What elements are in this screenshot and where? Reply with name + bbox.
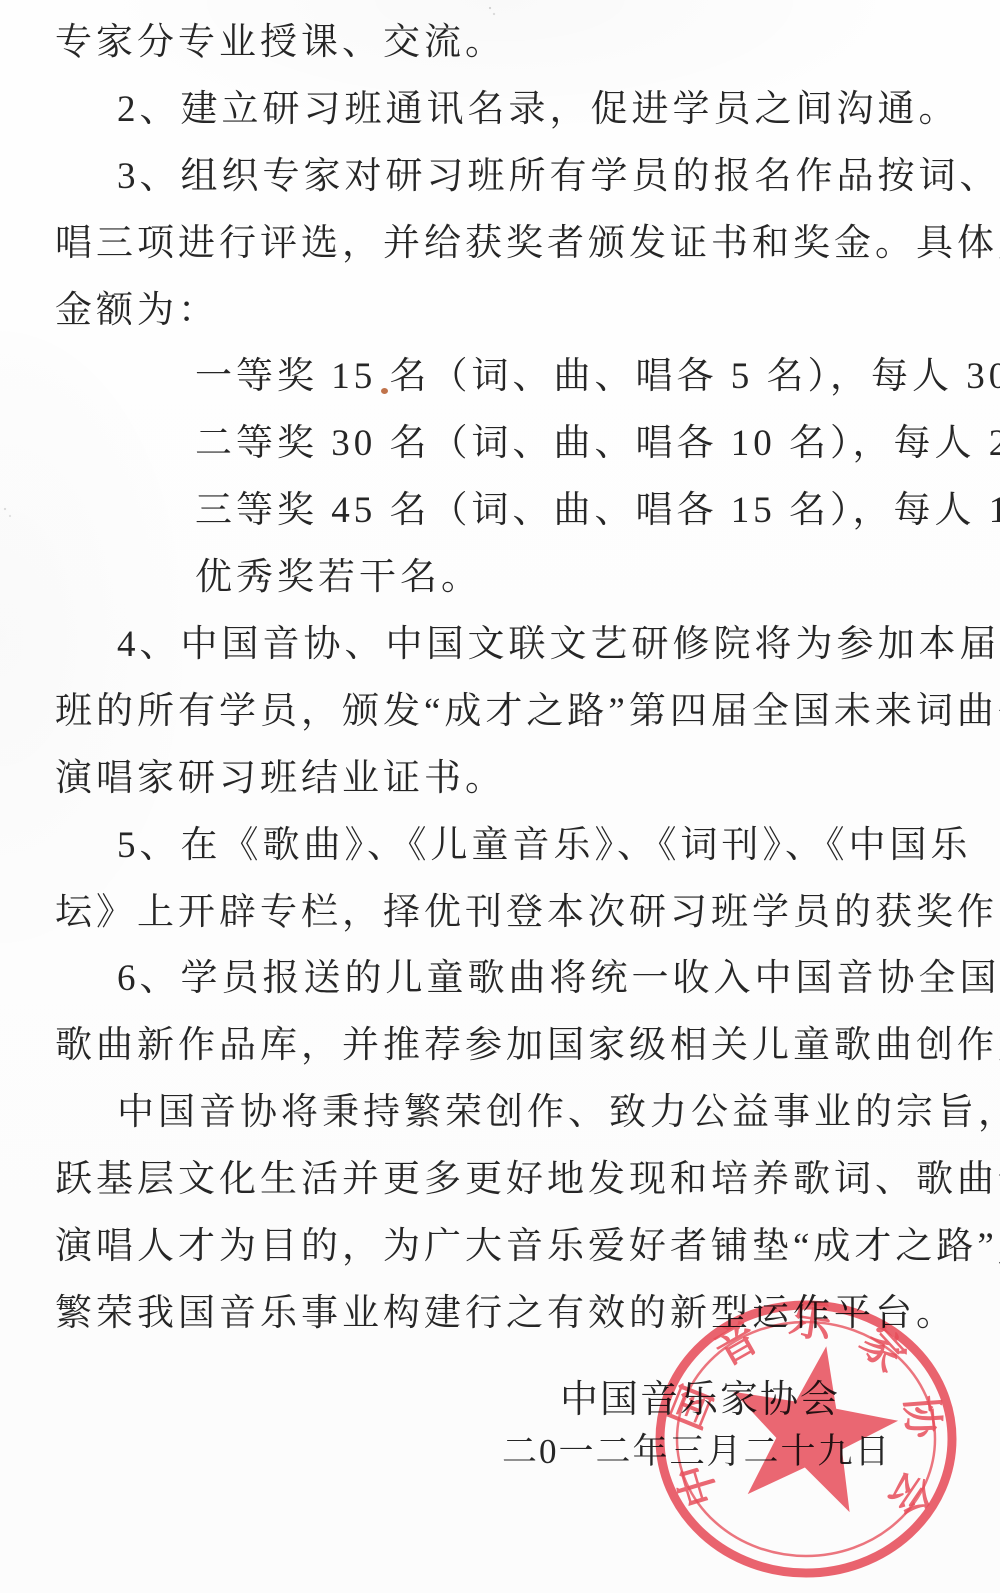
scan-artifact-speck — [2, 506, 14, 520]
document-line: 歌曲新作品库，并推荐参加国家级相关儿童歌曲创作大赛。 — [55, 1014, 960, 1081]
document-line: 2、建立研习班通讯名录，促进学员之间沟通。 — [55, 78, 960, 145]
document-line: 演唱家研习班结业证书。 — [55, 747, 960, 814]
document-line: 演唱人才为目的，为广大音乐爱好者铺垫“成才之路”,为 — [55, 1215, 960, 1282]
document-line: 5、在《歌曲》、《儿童音乐》、《词刊》、《中国乐 — [55, 814, 960, 881]
document-line-prize: 一等奖 15 名（词、曲、唱各 5 名），每人 3000 元 — [55, 345, 960, 412]
document-line: 4、中国音协、中国文联文艺研修院将为参加本届研修 — [55, 613, 960, 680]
document-line: 3、组织专家对研习班所有学员的报名作品按词、曲、 — [55, 145, 960, 212]
document-line: 跃基层文化生活并更多更好地发现和培养歌词、歌曲创作及 — [55, 1148, 960, 1215]
document-line: 6、学员报送的儿童歌曲将统一收入中国音协全国少儿 — [55, 947, 960, 1014]
document-line: 金额为： — [55, 279, 960, 346]
document-line-prize: 二等奖 30 名（词、曲、唱各 10 名），每人 2000 元 — [55, 412, 960, 479]
scanned-document-page: 专家分专业授课、交流。 2、建立研习班通讯名录，促进学员之间沟通。 3、组织专家… — [0, 0, 1000, 1593]
document-body: 专家分专业授课、交流。 2、建立研习班通讯名录，促进学员之间沟通。 3、组织专家… — [55, 11, 960, 1349]
document-line: 班的所有学员，颁发“成才之路”第四届全国未来词曲作家、 — [55, 680, 960, 747]
document-line: 坛》上开辟专栏，择优刊登本次研习班学员的获奖作品。 — [55, 881, 960, 948]
document-line: 繁荣我国音乐事业构建行之有效的新型运作平台。 — [55, 1282, 960, 1349]
document-line-prize: 优秀奖若干名。 — [55, 546, 960, 613]
signature-organization: 中国音乐家协会 — [560, 1368, 840, 1423]
document-line: 中国音协将秉持繁荣创作、致力公益事业的宗旨，以活 — [55, 1081, 960, 1148]
document-line: 唱三项进行评选，并给获奖者颁发证书和奖金。具体奖数和 — [55, 212, 960, 279]
signature-date: 二0一二年三月二十九日 — [502, 1424, 892, 1474]
document-line-prize: 三等奖 45 名（词、曲、唱各 15 名），每人 1000 元 — [55, 479, 960, 546]
document-line: 专家分专业授课、交流。 — [55, 11, 960, 78]
